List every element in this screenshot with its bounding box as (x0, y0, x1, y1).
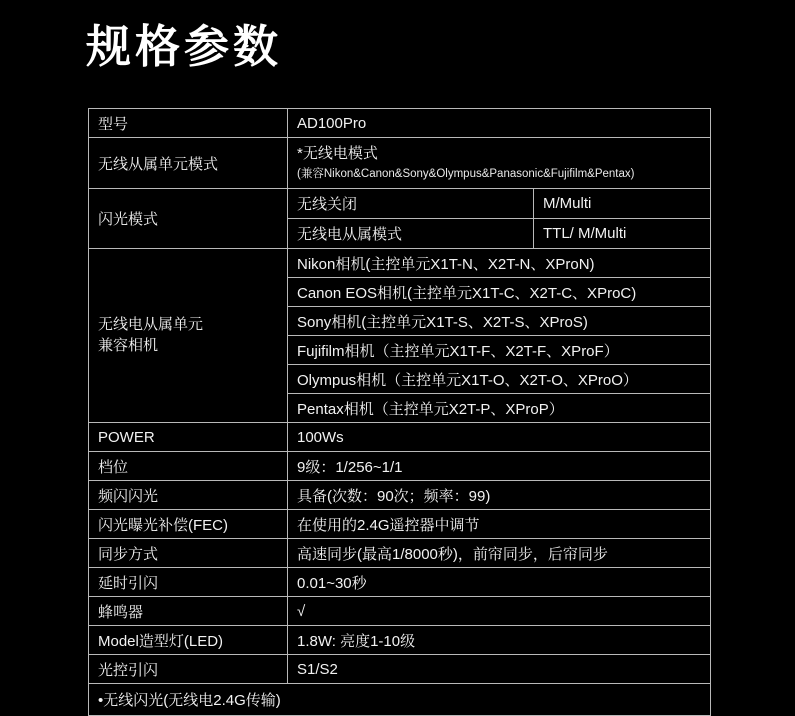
camera-item-fujifilm: Fujifilm相机（主控单元X1T-F、X2T-F、XProF） (288, 336, 711, 365)
spec-footnote: •无线闪光(无线电2.4G传输) (89, 684, 711, 716)
camera-item-canon: Canon EOS相机(主控单元X1T-C、X2T-C、XProC) (288, 278, 711, 307)
table-row: 同步方式 高速同步(最高1/8000秒)，前帘同步，后帘同步 (89, 539, 711, 568)
spec-label-delay: 延时引闪 (89, 568, 288, 597)
spec-label-fec: 闪光曝光补偿(FEC) (89, 510, 288, 539)
spec-value-model: AD100Pro (288, 109, 711, 138)
table-row: 频闪闪光 具备(次数：90次；频率：99) (89, 481, 711, 510)
table-row: 无线从属单元模式 *无线电模式 (兼容Nikon&Canon&Sony&Olym… (89, 138, 711, 189)
table-row: 无线电从属单元 兼容相机 Nikon相机(主控单元X1T-N、X2T-N、XPr… (89, 249, 711, 278)
wireless-slave-mode-note: (兼容Nikon&Canon&Sony&Olympus&Panasonic&Fu… (297, 165, 701, 181)
spec-label-steps: 档位 (89, 452, 288, 481)
spec-label-wireless-slave-mode: 无线从属单元模式 (89, 138, 288, 189)
flash-mode-1-mode: 无线电从属模式 (288, 219, 534, 249)
spec-value-fec: 在使用的2.4G遥控器中调节 (288, 510, 711, 539)
table-row: 档位 9级：1/256~1/1 (89, 452, 711, 481)
compatible-cameras-label-line1: 无线电从属单元 (98, 315, 278, 335)
page-title: 规格参数 (86, 10, 282, 75)
spec-label-stroboscopic: 频闪闪光 (89, 481, 288, 510)
spec-value-sync: 高速同步(最高1/8000秒)，前帘同步，后帘同步 (288, 539, 711, 568)
camera-item-olympus: Olympus相机（主控单元X1T-O、X2T-O、XProO） (288, 365, 711, 394)
wireless-slave-mode-value: *无线电模式 (297, 145, 701, 163)
table-row: POWER 100Ws (89, 423, 711, 452)
spec-value-wireless-slave-mode: *无线电模式 (兼容Nikon&Canon&Sony&Olympus&Panas… (288, 138, 711, 189)
spec-label-power: POWER (89, 423, 288, 452)
table-row: Model造型灯(LED) 1.8W: 亮度1-10级 (89, 626, 711, 655)
spec-sheet-page: 规格参数 型号 AD100Pro 无线从属单元模式 *无线电模式 (兼容Niko… (0, 0, 795, 716)
spec-label-compatible-cameras: 无线电从属单元 兼容相机 (89, 249, 288, 423)
compatible-cameras-label-line2: 兼容相机 (98, 336, 278, 356)
table-row: •无线闪光(无线电2.4G传输) (89, 684, 711, 716)
table-row: 蜂鸣器 √ (89, 597, 711, 626)
table-row: 型号 AD100Pro (89, 109, 711, 138)
spec-value-modeling-lamp: 1.8W: 亮度1-10级 (288, 626, 711, 655)
spec-value-beeper: √ (288, 597, 711, 626)
camera-item-pentax: Pentax相机（主控单元X2T-P、XProP） (288, 394, 711, 423)
spec-table: 型号 AD100Pro 无线从属单元模式 *无线电模式 (兼容Nikon&Can… (88, 108, 711, 716)
table-row: 延时引闪 0.01~30秒 (89, 568, 711, 597)
table-row: 闪光曝光补偿(FEC) 在使用的2.4G遥控器中调节 (89, 510, 711, 539)
camera-item-sony: Sony相机(主控单元X1T-S、X2T-S、XProS) (288, 307, 711, 336)
spec-value-delay: 0.01~30秒 (288, 568, 711, 597)
spec-label-optical-trigger: 光控引闪 (89, 655, 288, 684)
spec-value-power: 100Ws (288, 423, 711, 452)
camera-item-nikon: Nikon相机(主控单元X1T-N、X2T-N、XProN) (288, 249, 711, 278)
table-row: 光控引闪 S1/S2 (89, 655, 711, 684)
flash-mode-1-value: TTL/ M/Multi (534, 219, 711, 249)
spec-value-optical-trigger: S1/S2 (288, 655, 711, 684)
spec-label-beeper: 蜂鸣器 (89, 597, 288, 626)
flash-mode-0-mode: 无线关闭 (288, 189, 534, 219)
spec-label-sync: 同步方式 (89, 539, 288, 568)
spec-label-flash-mode: 闪光模式 (89, 189, 288, 249)
flash-mode-0-value: M/Multi (534, 189, 711, 219)
spec-value-steps: 9级：1/256~1/1 (288, 452, 711, 481)
spec-value-stroboscopic: 具备(次数：90次；频率：99) (288, 481, 711, 510)
table-row: 闪光模式 无线关闭 M/Multi (89, 189, 711, 219)
spec-label-model: 型号 (89, 109, 288, 138)
spec-label-modeling-lamp: Model造型灯(LED) (89, 626, 288, 655)
